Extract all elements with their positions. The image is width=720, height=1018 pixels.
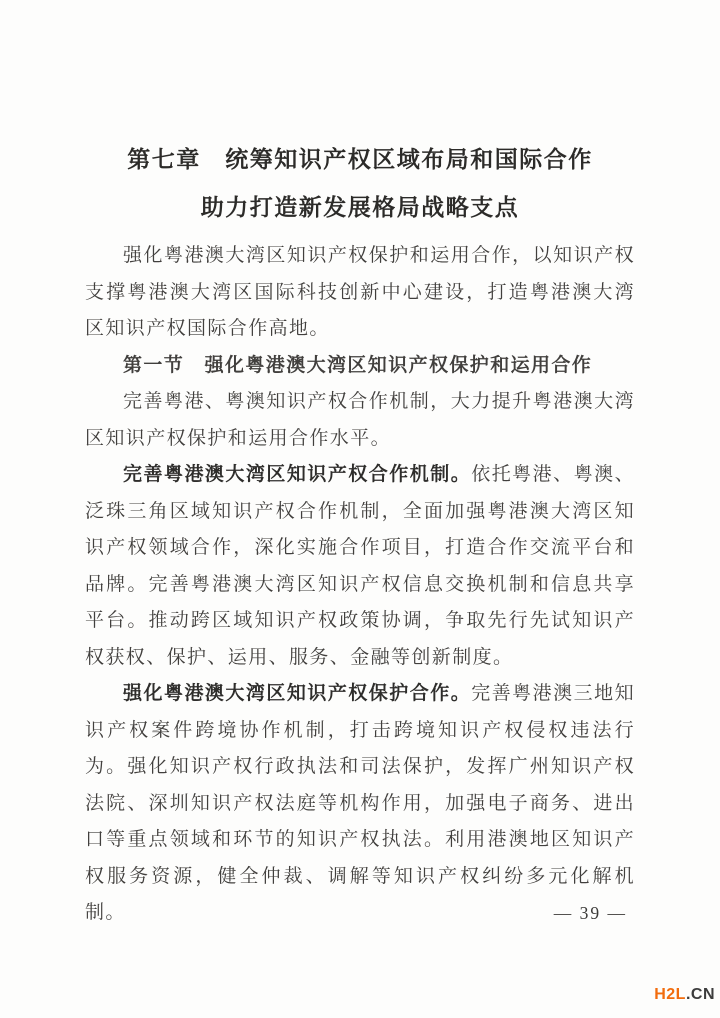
section-heading: 第一节 强化粤港澳大湾区知识产权保护和运用合作 [85, 348, 635, 385]
paragraph: 强化粤港澳大湾区知识产权保护合作。完善粤港澳三地知识产权案件跨境协作机制，打击跨… [85, 676, 635, 932]
paragraph-lead: 强化粤港澳大湾区知识产权保护合作。 [123, 683, 471, 704]
watermark-brand: H2L [654, 986, 686, 1003]
document-body: 强化粤港澳大湾区知识产权保护和运用合作，以知识产权支撑粤港澳大湾区国际科技创新中… [85, 238, 635, 932]
paragraph-text: 依托粤港、粤澳、泛珠三角区域知识产权合作机制，全面加强粤港澳大湾区知识产权领域合… [85, 464, 635, 668]
paragraph: 完善粤港、粤澳知识产权合作机制，大力提升粤港澳大湾区知识产权保护和运用合作水平。 [85, 384, 635, 457]
page-number: — 39 — [554, 903, 627, 924]
intro-paragraph: 强化粤港澳大湾区知识产权保护和运用合作，以知识产权支撑粤港澳大湾区国际科技创新中… [85, 238, 635, 348]
paragraph: 完善粤港澳大湾区知识产权合作机制。依托粤港、粤澳、泛珠三角区域知识产权合作机制，… [85, 457, 635, 676]
watermark-suffix: .CN [686, 986, 715, 1003]
chapter-title: 第七章 统筹知识产权区域布局和国际合作 助力打造新发展格局战略支点 [85, 136, 635, 232]
paragraph-text: 完善粤港、粤澳知识产权合作机制，大力提升粤港澳大湾区知识产权保护和运用合作水平。 [85, 391, 635, 449]
intro-paragraph-text: 强化粤港澳大湾区知识产权保护和运用合作，以知识产权支撑粤港澳大湾区国际科技创新中… [85, 245, 635, 339]
document-page: 第七章 统筹知识产权区域布局和国际合作 助力打造新发展格局战略支点 强化粤港澳大… [0, 0, 720, 1018]
paragraph-text: 完善粤港澳三地知识产权案件跨境协作机制，打击跨境知识产权侵权违法行为。强化知识产… [85, 683, 635, 923]
paragraph-lead: 完善粤港澳大湾区知识产权合作机制。 [123, 464, 471, 485]
chapter-title-line2: 助力打造新发展格局战略支点 [85, 184, 635, 232]
watermark: H2L.CN [654, 986, 715, 1004]
chapter-title-line1: 第七章 统筹知识产权区域布局和国际合作 [85, 136, 635, 184]
